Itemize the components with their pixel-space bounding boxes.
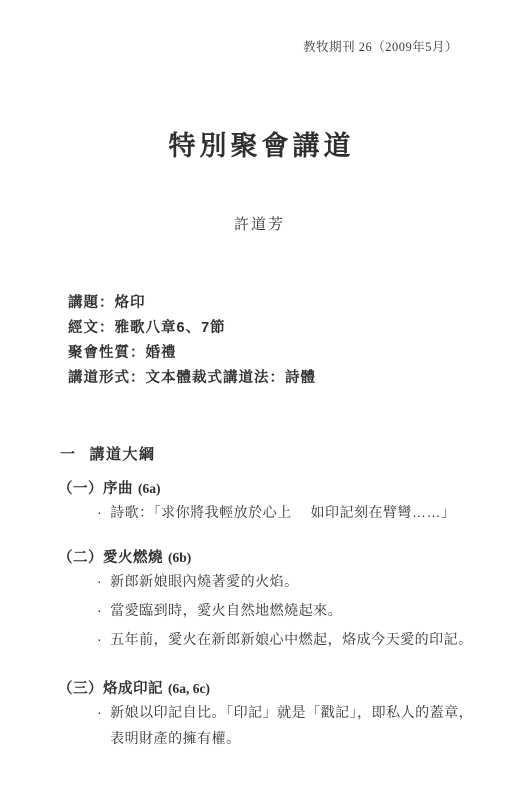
document-page: 教牧期刊 26（2009年5月） 特別聚會講道 許道芳 講題：烙印 經文：雅歌八… bbox=[0, 0, 505, 799]
journal-header: 教牧期刊 26（2009年5月） bbox=[303, 37, 458, 55]
meta-line-occasion: 聚會性質：婚禮 bbox=[68, 341, 316, 366]
section-2-label: （二）愛火燃燒 bbox=[58, 550, 163, 566]
section-3-label: （三）烙成印記 bbox=[58, 681, 163, 697]
sermon-meta-block: 講題：烙印 經文：雅歌八章6、7節 聚會性質：婚禮 講道形式：文本體裁式講道法：… bbox=[68, 291, 316, 391]
outline-number: 一 bbox=[60, 446, 77, 463]
outline-heading-label: 講道大綱 bbox=[90, 446, 156, 463]
bullet-item: · 五年前，愛火在新郎新娘心中燃起，烙成今天愛的印記。 bbox=[97, 626, 473, 652]
meta-line-topic: 講題：烙印 bbox=[68, 291, 316, 316]
section-1-ref: (6a) bbox=[138, 481, 161, 496]
bullet-text-line: 五年前，愛火在新郎新娘心中燃起，烙成今天愛的印記。 bbox=[110, 631, 473, 647]
section-3-ref: (6a, 6c) bbox=[168, 681, 210, 696]
bullet-item: · 詩歌：「求你將我輕放於心上 如印記刻在臂彎……」 bbox=[97, 499, 456, 525]
bullet-item: · 新娘以印記自比。「印記」就是「戳記」，即私人的蓋章， 表明財產的擁有權。 bbox=[97, 699, 473, 751]
bullet-item: · 當愛臨到時，愛火自然地燃燒起來。 bbox=[97, 597, 342, 623]
bullet-text-line: 表明財產的擁有權。 bbox=[110, 725, 473, 751]
section-heading-1: （一）序曲(6a) bbox=[58, 477, 161, 498]
bullet-item: · 新郎新娘眼內燒著愛的火焰。 bbox=[97, 568, 299, 594]
section-heading-2: （二）愛火燃燒(6b) bbox=[58, 546, 191, 567]
bullet-dot-icon: · bbox=[97, 597, 102, 623]
section-heading-3: （三）烙成印記(6a, 6c) bbox=[58, 677, 210, 698]
meta-line-scripture: 經文：雅歌八章6、7節 bbox=[68, 316, 316, 341]
section-1-label: （一）序曲 bbox=[58, 481, 133, 497]
bullet-dot-icon: · bbox=[97, 699, 102, 725]
document-title: 特別聚會講道 bbox=[0, 124, 505, 163]
bullet-text-line: 新郎新娘眼內燒著愛的火焰。 bbox=[110, 573, 299, 589]
bullet-dot-icon: · bbox=[97, 626, 102, 652]
section-2-ref: (6b) bbox=[168, 550, 191, 565]
bullet-text-line: 詩歌：「求你將我輕放於心上 如印記刻在臂彎……」 bbox=[110, 504, 455, 520]
meta-line-form: 講道形式：文本體裁式講道法：詩體 bbox=[68, 366, 316, 391]
bullet-text-line: 新娘以印記自比。「印記」就是「戳記」，即私人的蓋章， bbox=[110, 699, 473, 725]
bullet-dot-icon: · bbox=[97, 568, 102, 594]
bullet-text-line: 當愛臨到時，愛火自然地燃燒起來。 bbox=[110, 602, 342, 618]
bullet-dot-icon: · bbox=[97, 499, 102, 525]
outline-heading: 一講道大綱 bbox=[60, 443, 156, 464]
author-name: 許道芳 bbox=[0, 213, 505, 234]
